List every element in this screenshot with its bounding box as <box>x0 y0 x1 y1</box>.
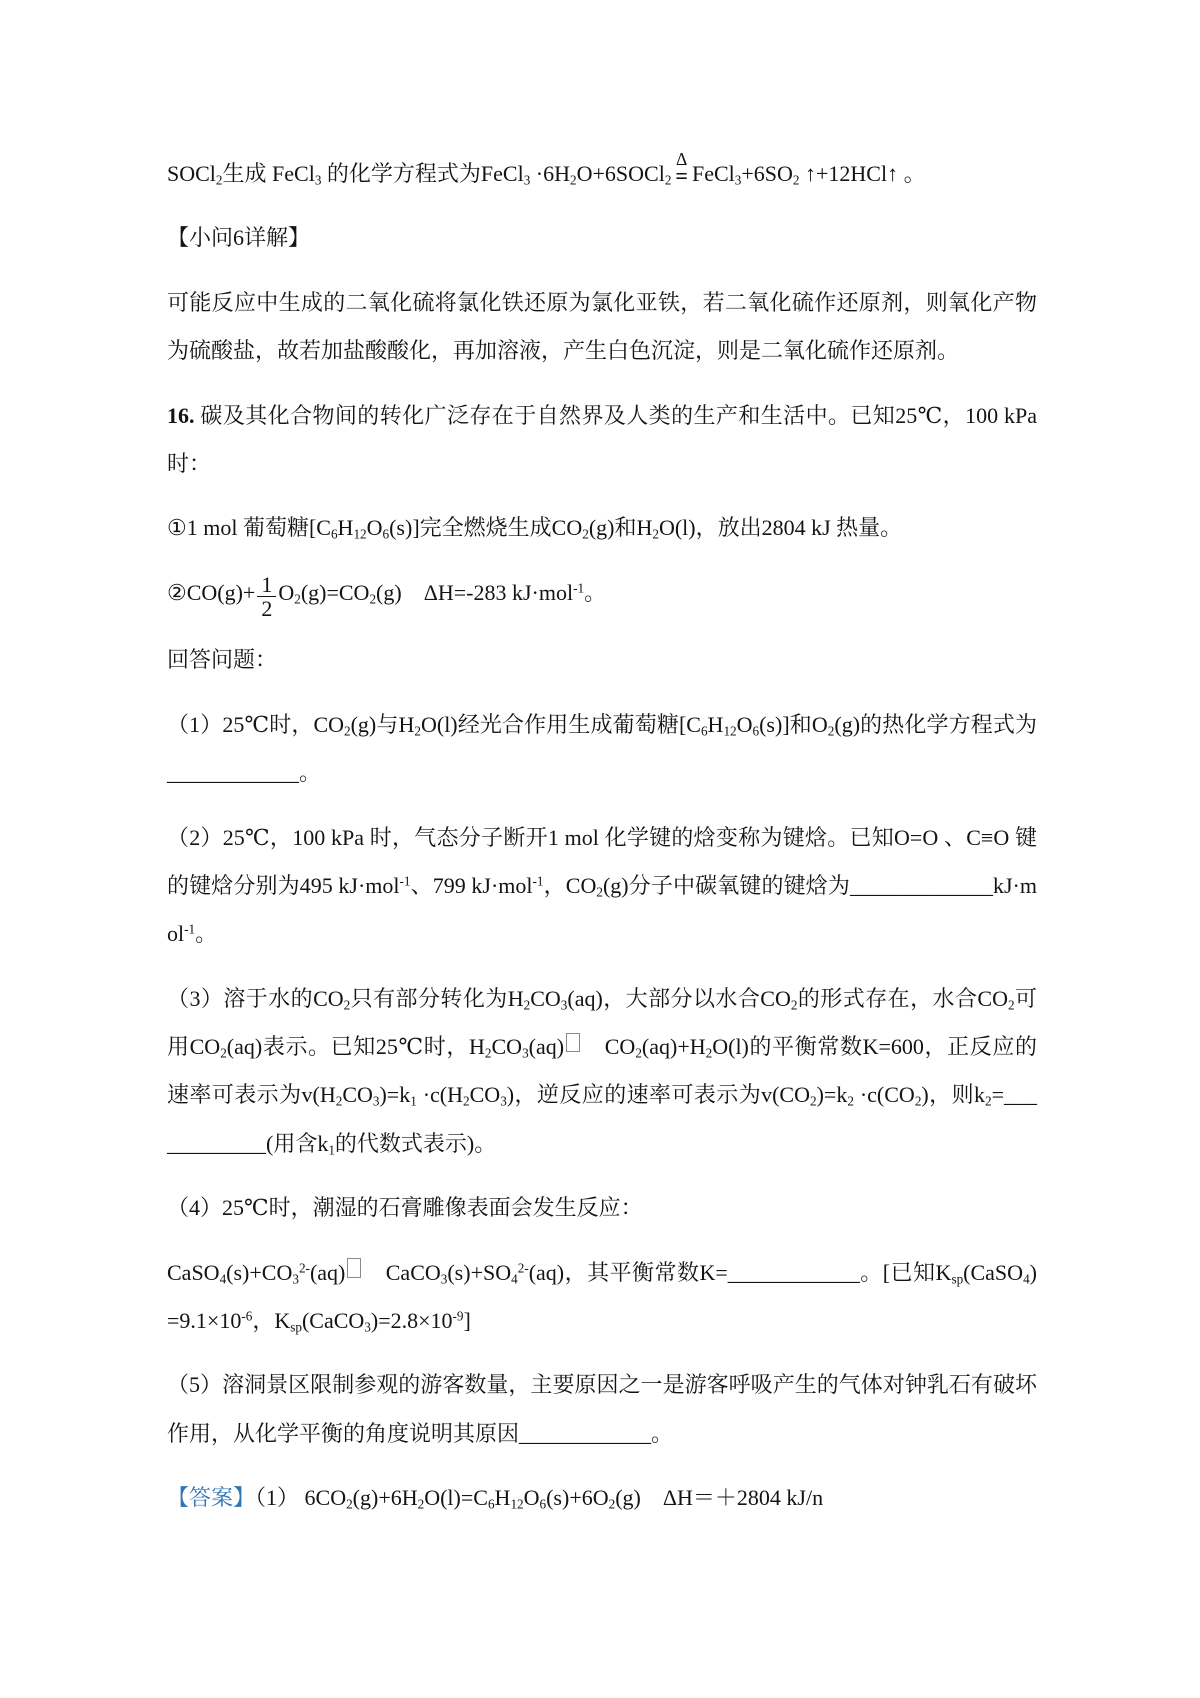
para-subquestion6-detail: 可能反应中生成的二氧化硫将氯化铁还原为氯化亚铁，若二氧化硫作还原剂，则氧化产物为… <box>167 279 1037 376</box>
answer-text: （1） 6CO2(g)+6H2O(l)=C6H12O6(s)+6O2(g) ΔH… <box>255 1485 823 1510</box>
delta-over-equals: Δ= <box>675 152 688 186</box>
para-part2: （2）25℃，100 kPa 时，气态分子断开1 mol 化学键的焓变称为键焓。… <box>167 814 1037 959</box>
para-socl2-equation: SOCl2生成 FeCl3 的化学方程式为FeCl3 ·6H2O+6SOCl2Δ… <box>167 150 1037 198</box>
para-given-condition-2: ②CO(g)+12O2(g)=CO2(g) ΔH=-283 kJ·mol-1。 <box>167 569 1037 621</box>
document-page: SOCl2生成 FeCl3 的化学方程式为FeCl3 ·6H2O+6SOCl2Δ… <box>0 0 1200 1698</box>
para-question16-intro: 16. 碳及其化合物间的转化广泛存在于自然界及人类的生产和生活中。已知25℃，1… <box>167 392 1037 489</box>
fraction: 12 <box>257 573 276 620</box>
equilibrium-placeholder-box <box>566 1033 579 1053</box>
equilibrium-placeholder-box <box>347 1258 360 1278</box>
para-part1: （1）25℃时，CO2(g)与H2O(l)经光合作用生成葡萄糖[C6H12O6(… <box>167 701 1037 798</box>
para-given-condition-1: ①1 mol 葡萄糖[C6H12O6(s)]完全燃烧生成CO2(g)和H2O(l… <box>167 504 1037 552</box>
para-part4-intro: （4）25℃时，潮湿的石膏雕像表面会发生反应： <box>167 1184 1037 1232</box>
para-part4-equation: CaSO4(s)+CO32-(aq) CaCO3(s)+SO42-(aq)，其平… <box>167 1249 1037 1346</box>
para-part3: （3）溶于水的CO2只有部分转化为H2CO3(aq)，大部分以水合CO2的形式存… <box>167 975 1037 1169</box>
para-answer-prompt: 回答问题： <box>167 636 1037 684</box>
para-answer: 【答案】（1） 6CO2(g)+6H2O(l)=C6H12O6(s)+6O2(g… <box>167 1474 1037 1522</box>
para-subquestion6-header: 【小问6详解】 <box>167 214 1037 262</box>
para-part5: （5）溶洞景区限制参观的游客数量，主要原因之一是游客呼吸产生的气体对钟乳石有破坏… <box>167 1361 1037 1458</box>
answer-label: 【答案】 <box>167 1485 255 1510</box>
